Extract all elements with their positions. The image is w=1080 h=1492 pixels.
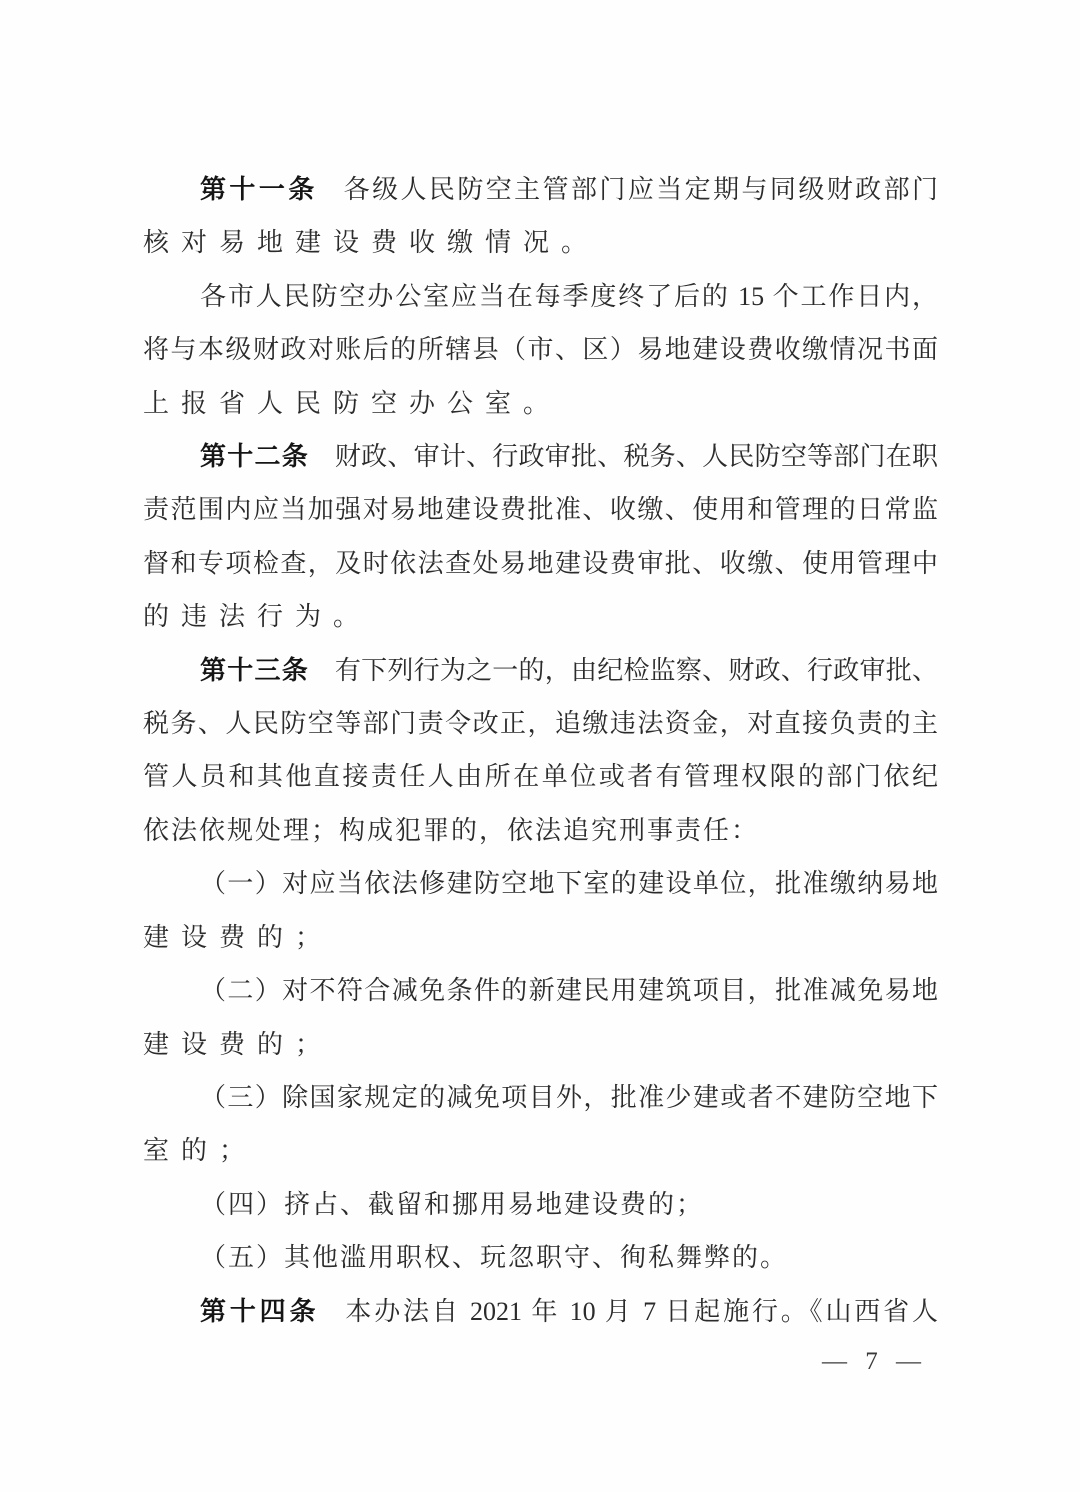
text-line: 第十四条本办法自 2021 年 10 月 7 日起施行。《山西省人 <box>143 1285 938 1338</box>
line-text: 本办法自 2021 年 10 月 7 日起施行。《山西省人 <box>345 1297 938 1326</box>
text-line: 第十三条有下列行为之一的，由纪检监察、财政、行政审批、 <box>143 644 938 697</box>
text-line: 责范围内应当加强对易地建设费批准、收缴、使用和管理的日常监 <box>143 483 938 536</box>
line-text: 将与本级财政对账后的所辖县（市、区）易地建设费收缴情况书面 <box>143 335 938 364</box>
line-text: （四）挤占、截留和挪用易地建设费的； <box>200 1190 704 1219</box>
line-text: 上报省人民防空办公室。 <box>143 389 561 418</box>
article-number: 第十三条 <box>200 655 309 685</box>
line-text: （五）其他滥用职权、玩忽职守、徇私舞弊的。 <box>200 1243 788 1272</box>
document-page: 第十一条各级人民防空主管部门应当定期与同级财政部门 核对易地建设费收缴情况。 各… <box>0 0 1080 1492</box>
document-body: 第十一条各级人民防空主管部门应当定期与同级财政部门 核对易地建设费收缴情况。 各… <box>143 163 938 1338</box>
text-line: 第十二条财政、审计、行政审批、税务、人民防空等部门在职 <box>143 430 938 483</box>
line-text: 责范围内应当加强对易地建设费批准、收缴、使用和管理的日常监 <box>143 495 938 524</box>
text-line: 将与本级财政对账后的所辖县（市、区）易地建设费收缴情况书面 <box>143 323 938 376</box>
text-line: 室的； <box>143 1124 938 1177</box>
line-text: （三）除国家规定的减免项目外，批准少建或者不建防空地下 <box>200 1083 938 1112</box>
text-line: 建设费的； <box>143 1018 938 1071</box>
text-line: （二）对不符合减免条件的新建民用建筑项目，批准减免易地 <box>143 964 938 1017</box>
line-text: 督和专项检查，及时依法查处易地建设费审批、收缴、使用管理中 <box>143 549 938 578</box>
text-line: （五）其他滥用职权、玩忽职守、徇私舞弊的。 <box>143 1231 938 1284</box>
page-number: — 7 — <box>822 1347 927 1377</box>
text-line: 管人员和其他直接责任人由所在单位或者有管理权限的部门依纪 <box>143 750 938 803</box>
text-line: 上报省人民防空办公室。 <box>143 377 938 430</box>
line-text: 各级人民防空主管部门应当定期与同级财政部门 <box>344 175 938 204</box>
line-text: 财政、审计、行政审批、税务、人民防空等部门在职 <box>335 442 938 471</box>
line-text: 室的； <box>143 1136 257 1165</box>
text-line: 依法依规处理；构成犯罪的，依法追究刑事责任： <box>143 804 938 857</box>
line-text: 的违法行为。 <box>143 602 371 631</box>
line-text: 各市人民防空办公室应当在每季度终了后的 15 个工作日内， <box>200 282 938 311</box>
article-number: 第十二条 <box>200 441 309 471</box>
text-line: 督和专项检查，及时依法查处易地建设费审批、收缴、使用管理中 <box>143 537 938 590</box>
line-text: （二）对不符合减免条件的新建民用建筑项目，批准减免易地 <box>200 976 938 1005</box>
line-text: 建设费的； <box>143 923 333 952</box>
text-line: 的违法行为。 <box>143 590 938 643</box>
text-line: （三）除国家规定的减免项目外，批准少建或者不建防空地下 <box>143 1071 938 1124</box>
line-text: 核对易地建设费收缴情况。 <box>143 228 599 257</box>
text-line: 建设费的； <box>143 911 938 964</box>
line-text: 税务、人民防空等部门责令改正，追缴违法资金，对直接负责的主 <box>143 709 938 738</box>
line-text: 管人员和其他直接责任人由所在单位或者有管理权限的部门依纪 <box>143 762 938 791</box>
line-text: 有下列行为之一的，由纪检监察、财政、行政审批、 <box>335 656 938 685</box>
text-line: 各市人民防空办公室应当在每季度终了后的 15 个工作日内， <box>143 270 938 323</box>
line-text: （一）对应当依法修建防空地下室的建设单位，批准缴纳易地 <box>200 869 938 898</box>
text-line: 税务、人民防空等部门责令改正，追缴违法资金，对直接负责的主 <box>143 697 938 750</box>
text-line: 核对易地建设费收缴情况。 <box>143 216 938 269</box>
line-text: 建设费的； <box>143 1030 333 1059</box>
article-number: 第十四条 <box>200 1296 319 1326</box>
text-line: （一）对应当依法修建防空地下室的建设单位，批准缴纳易地 <box>143 857 938 910</box>
line-text: 依法依规处理；构成犯罪的，依法追究刑事责任： <box>143 816 759 845</box>
article-number: 第十一条 <box>200 174 318 204</box>
text-line: （四）挤占、截留和挪用易地建设费的； <box>143 1178 938 1231</box>
text-line: 第十一条各级人民防空主管部门应当定期与同级财政部门 <box>143 163 938 216</box>
